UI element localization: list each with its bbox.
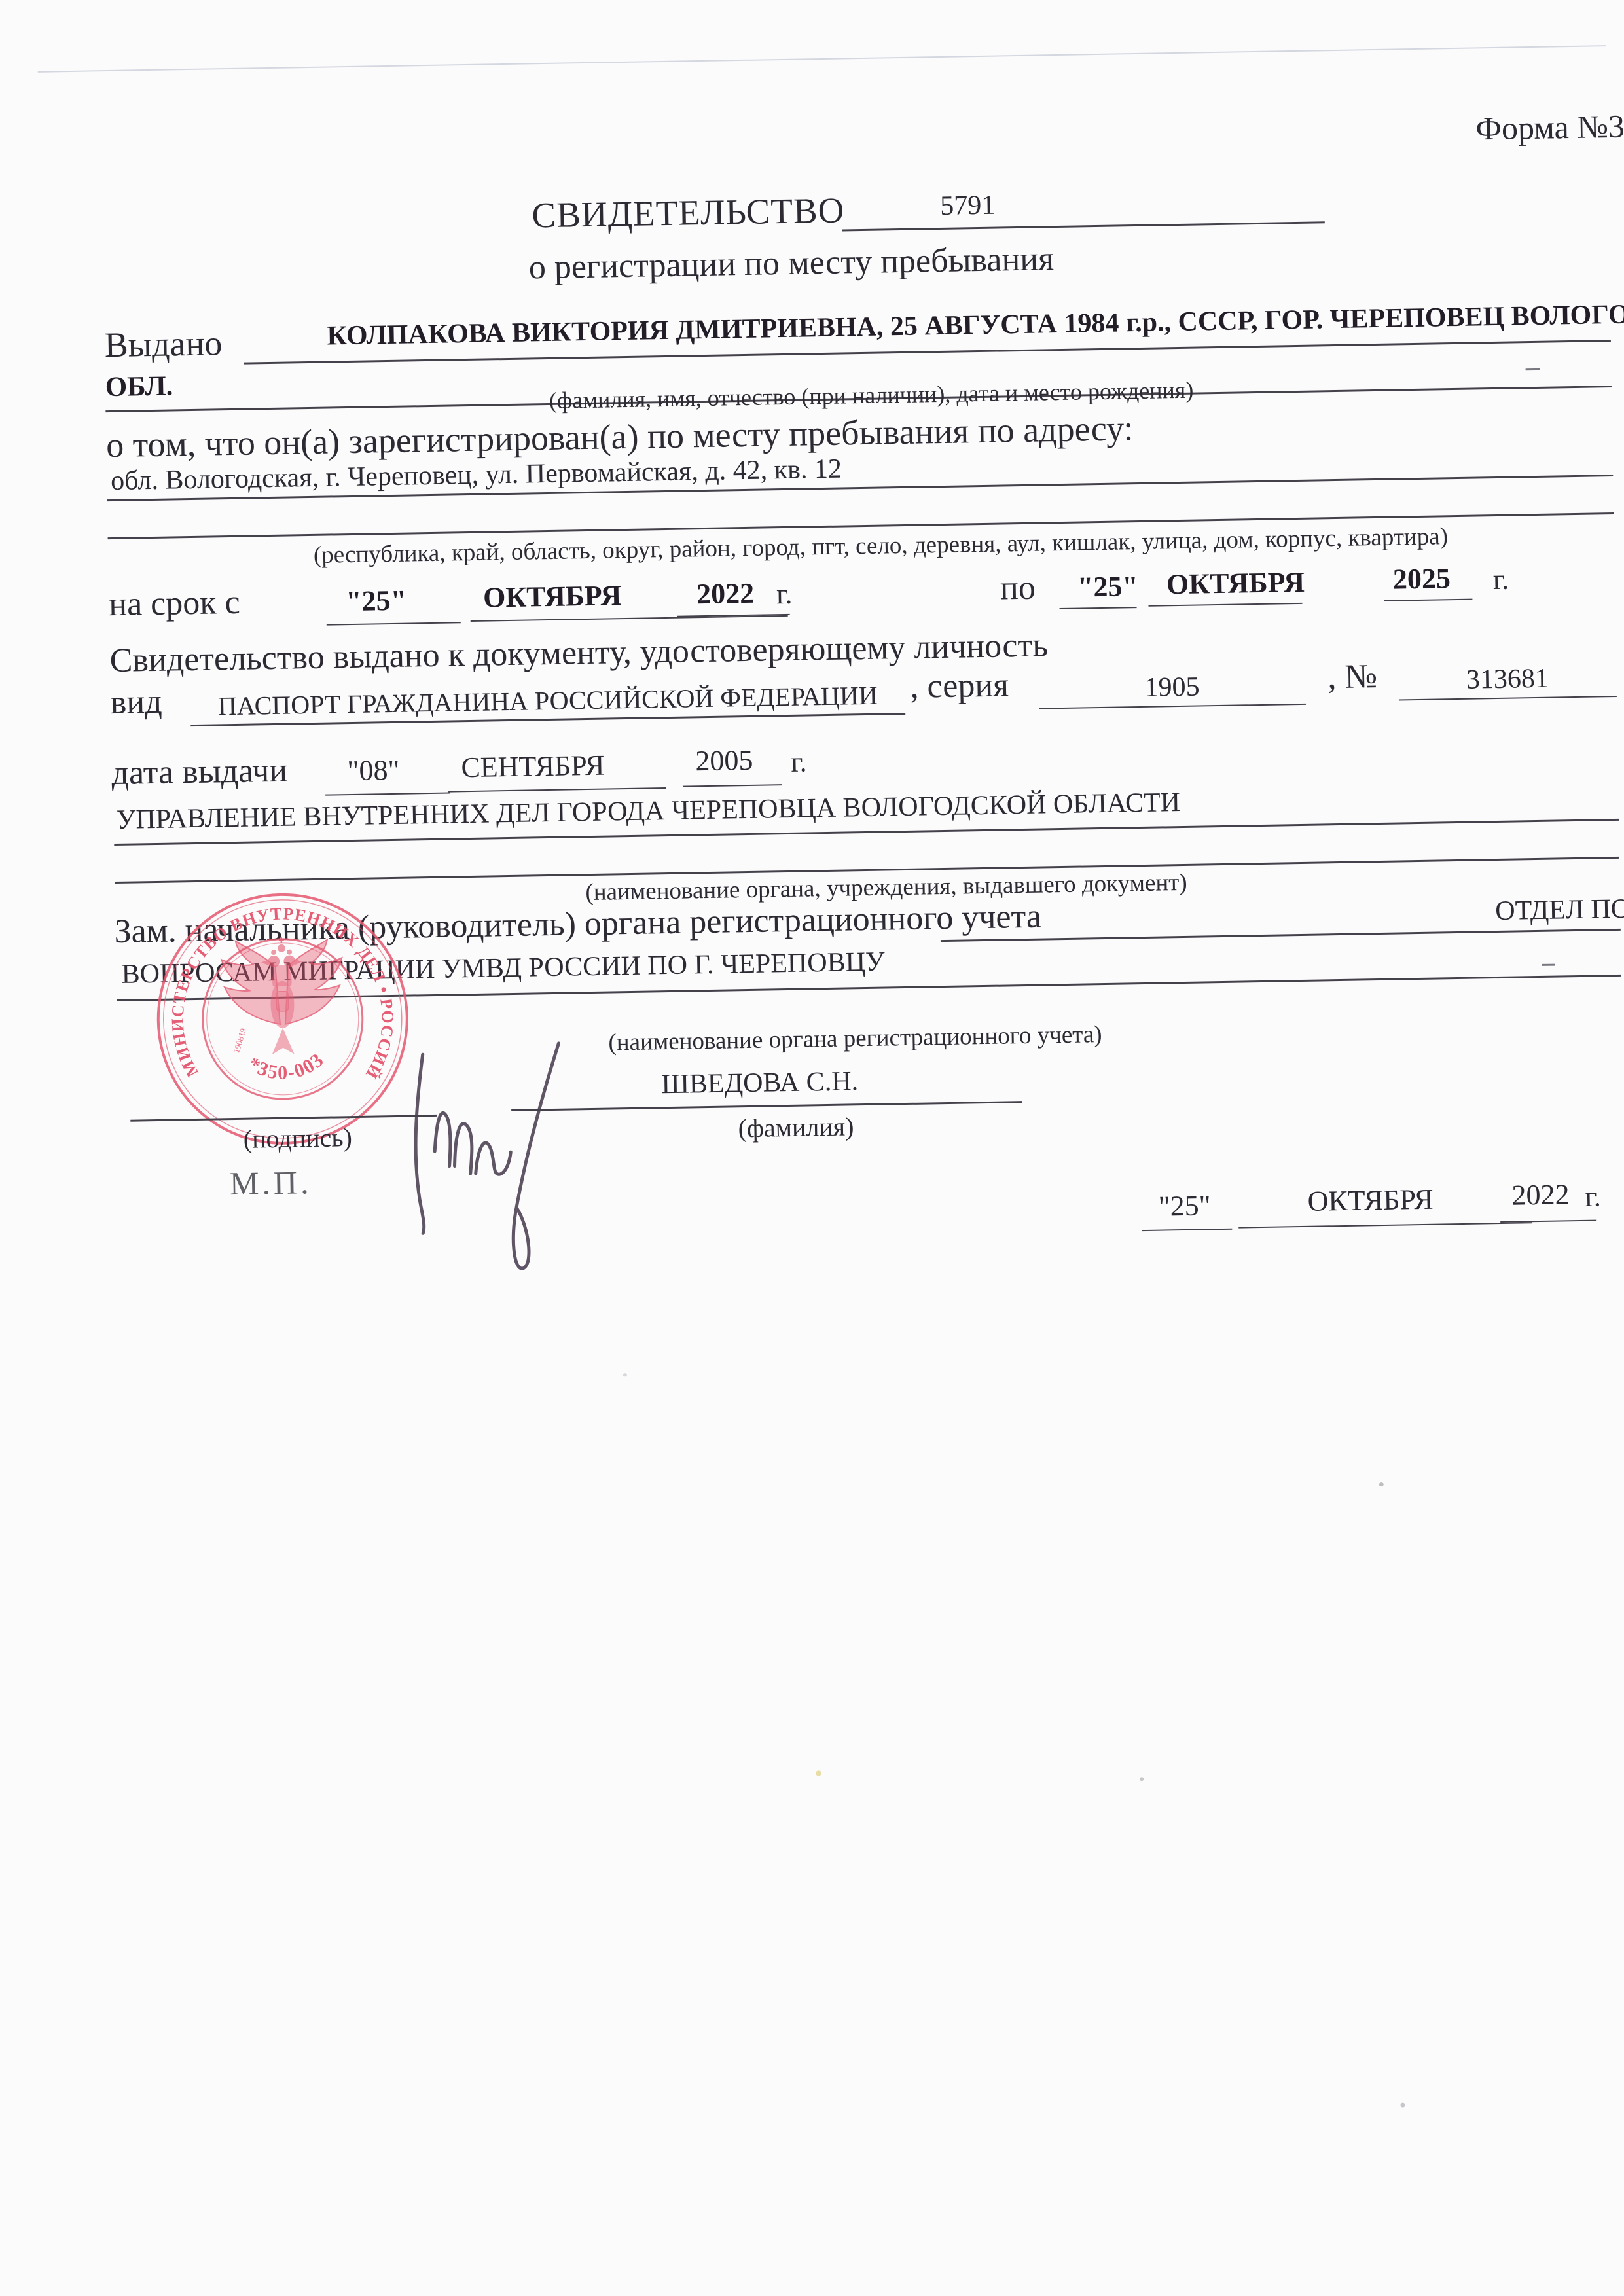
stamp-small-number: 190819 (231, 1027, 248, 1054)
issued-to-value-continued: ОБЛ. (105, 371, 173, 402)
issue-date-day: "25" (1158, 1191, 1211, 1222)
surname-caption: (фамилия) (738, 1113, 854, 1142)
ink-artifact-dash (1526, 368, 1540, 370)
number-underline (1399, 696, 1617, 701)
document-subtitle: о регистрации по месту пребывания (528, 242, 1054, 286)
org-underline (941, 929, 1621, 942)
period-from-day: "25" (346, 586, 407, 617)
period-from-year-suffix: г. (776, 579, 793, 610)
seal-place-mark: М.П. (230, 1165, 312, 1201)
period-to-day-underline (1060, 607, 1137, 609)
handwritten-signature (374, 1014, 602, 1300)
period-to-year: 2025 (1393, 564, 1451, 595)
identity-intro: Свидетельство выдано к документу, удосто… (109, 628, 1048, 679)
issue-year-underline (683, 784, 782, 787)
paper-speck (623, 1373, 627, 1376)
issue-day-value: "08" (347, 755, 400, 787)
document-title: СВИДЕТЕЛЬСТВО (532, 191, 845, 234)
number-value: 313681 (1398, 663, 1617, 696)
scanned-certificate-page: { "header": { "form_label": "Форма №3" }… (0, 0, 1624, 2296)
form-number-label: Форма №3 (1475, 109, 1624, 146)
issue-month-value: СЕНТЯБРЯ (461, 751, 605, 783)
issue-date-month-underline (1238, 1222, 1532, 1228)
issued-to-caption: (фамилия, имя, отчество (при наличии), д… (393, 376, 1349, 416)
period-to-day: "25" (1077, 571, 1139, 603)
issue-date-day-underline (1142, 1229, 1232, 1231)
issue-month-underline (448, 787, 666, 793)
issue-date-year-underline (1500, 1220, 1596, 1223)
issue-year-value: 2005 (695, 745, 753, 777)
issue-day-underline (325, 793, 450, 796)
registration-intro: о том, что он(а) зарегистрирован(а) по м… (106, 410, 1134, 464)
scan-artifact-line (38, 45, 1606, 73)
paper-speck (816, 1770, 821, 1776)
period-to-year-suffix: г. (1493, 565, 1509, 596)
period-to-month: ОКТЯБРЯ (1166, 567, 1305, 600)
paper-speck (1379, 1482, 1384, 1486)
period-label: на срок с (109, 585, 240, 623)
period-from-month-underline (471, 615, 788, 622)
org-caption: (наименование органа регистрационного уч… (608, 1022, 1102, 1056)
issue-year-suffix: г. (791, 747, 807, 778)
certificate-number-underline (842, 221, 1325, 231)
period-from-day-underline (327, 622, 461, 625)
issue-date-year-suffix: г. (1585, 1181, 1601, 1212)
series-underline (1039, 704, 1306, 709)
issue-date-year: 2022 (1511, 1179, 1570, 1211)
number-label: , № (1327, 659, 1378, 696)
period-to-year-underline (1384, 599, 1472, 601)
signature-caption: (подпись) (243, 1124, 352, 1153)
surname-value: ШВЕДОВА С.Н. (661, 1067, 858, 1099)
issued-to-label: Выдано (104, 325, 223, 364)
org-name-line1: ОТДЕЛ ПО (1495, 895, 1624, 926)
series-label: , серия (910, 668, 1009, 705)
series-value: 1905 (1038, 671, 1306, 704)
issuer-value: УПРАВЛЕНИЕ ВНУТРЕННИХ ДЕЛ ГОРОДА ЧЕРЕПОВ… (116, 788, 1180, 834)
period-to-label: по (1000, 571, 1036, 607)
issue-date-month: ОКТЯБРЯ (1307, 1185, 1434, 1217)
document-sheet: Форма №3 СВИДЕТЕЛЬСТВО 5791 о регистраци… (0, 0, 1624, 2296)
issue-date-label: дата выдачи (111, 753, 287, 792)
certificate-number: 5791 (940, 191, 996, 221)
address-caption: (республика, край, область, округ, район… (69, 520, 1624, 573)
ink-artifact-dash-2 (1542, 964, 1555, 966)
document-type-label: вид (110, 685, 162, 721)
period-from-year: 2022 (696, 579, 755, 610)
period-to-month-underline (1148, 603, 1302, 607)
paper-speck (1400, 2103, 1405, 2108)
paper-speck (1140, 1777, 1144, 1781)
period-from-month: ОКТЯБРЯ (483, 581, 622, 613)
